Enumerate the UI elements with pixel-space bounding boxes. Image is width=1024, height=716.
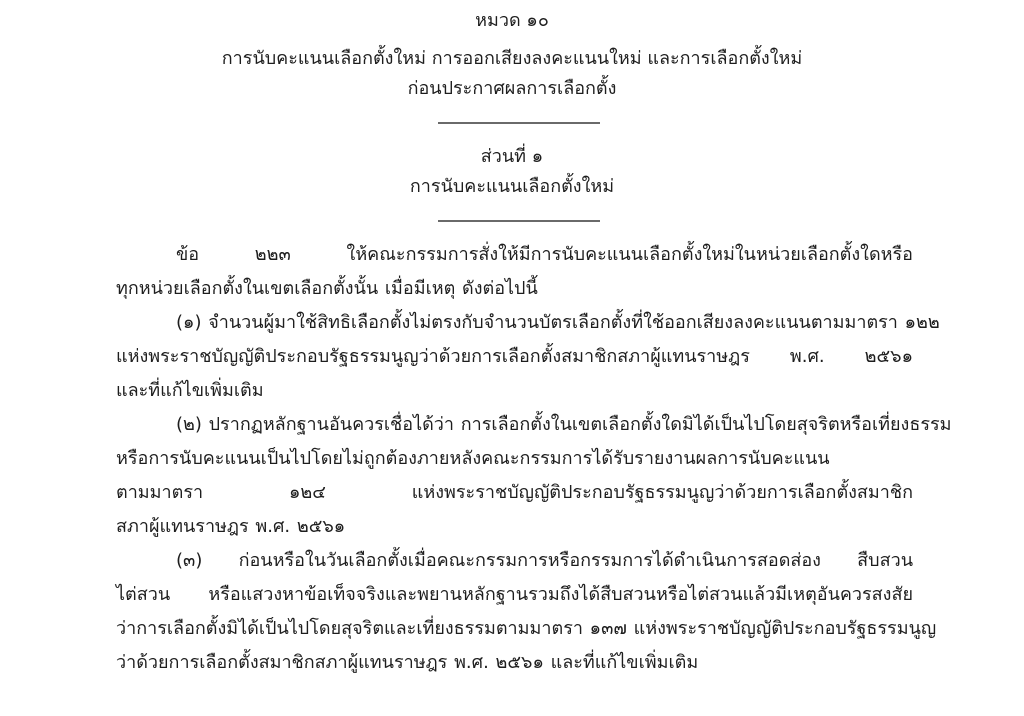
document-page: หมวด ๑๐ การนับคะแนนเลือกตั้งใหม่ การออกเ… xyxy=(0,0,1024,716)
item-2-line: หรือการนับคะแนนเป็นไปโดยไม่ถูกต้องภายหลั… xyxy=(116,444,913,474)
chapter-heading: หมวด ๑๐ xyxy=(0,6,1024,36)
divider-rule xyxy=(438,122,600,124)
chapter-title-line-1: การนับคะแนนเลือกตั้งใหม่ การออกเสียงลงคะ… xyxy=(0,44,1024,74)
item-2-line: (๒) ปรากฏหลักฐานอันควรเชื่อได้ว่า การเลื… xyxy=(176,410,913,440)
chapter-title-line-2: ก่อนประกาศผลการเลือกตั้ง xyxy=(0,74,1024,104)
item-3-line: ว่าด้วยการเลือกตั้งสมาชิกสภาผู้แทนราษฎร … xyxy=(116,648,913,678)
item-1-line: (๑) จำนวนผู้มาใช้สิทธิเลือกตั้งไม่ตรงกับ… xyxy=(176,308,913,338)
item-1-line: แห่งพระราชบัญญัติประกอบรัฐธรรมนูญว่าด้วย… xyxy=(116,342,913,372)
section-heading: ส่วนที่ ๑ xyxy=(0,142,1024,172)
article-line: ข้อ ๒๒๓ ให้คณะกรรมการสั่งให้มีการนับคะแน… xyxy=(176,240,913,270)
item-3-line: (๓) ก่อนหรือในวันเลือกตั้งเมื่อคณะกรรมกา… xyxy=(176,546,913,576)
item-2-line: ตามมาตรา ๑๒๔ แห่งพระราชบัญญัติประกอบรัฐธ… xyxy=(116,478,913,508)
item-3-line: ว่าการเลือกตั้งมิได้เป็นไปโดยสุจริตและเท… xyxy=(116,614,913,644)
divider-rule xyxy=(438,220,600,222)
item-3-line: ไต่สวน หรือแสวงหาข้อเท็จจริงและพยานหลักฐ… xyxy=(116,580,913,610)
item-2-line: สภาผู้แทนราษฎร พ.ศ. ๒๕๖๑ xyxy=(116,512,913,542)
article-line: ทุกหน่วยเลือกตั้งในเขตเลือกตั้งนั้น เมื่… xyxy=(116,274,913,304)
item-1-line: และที่แก้ไขเพิ่มเติม xyxy=(116,376,913,406)
section-title: การนับคะแนนเลือกตั้งใหม่ xyxy=(0,172,1024,202)
